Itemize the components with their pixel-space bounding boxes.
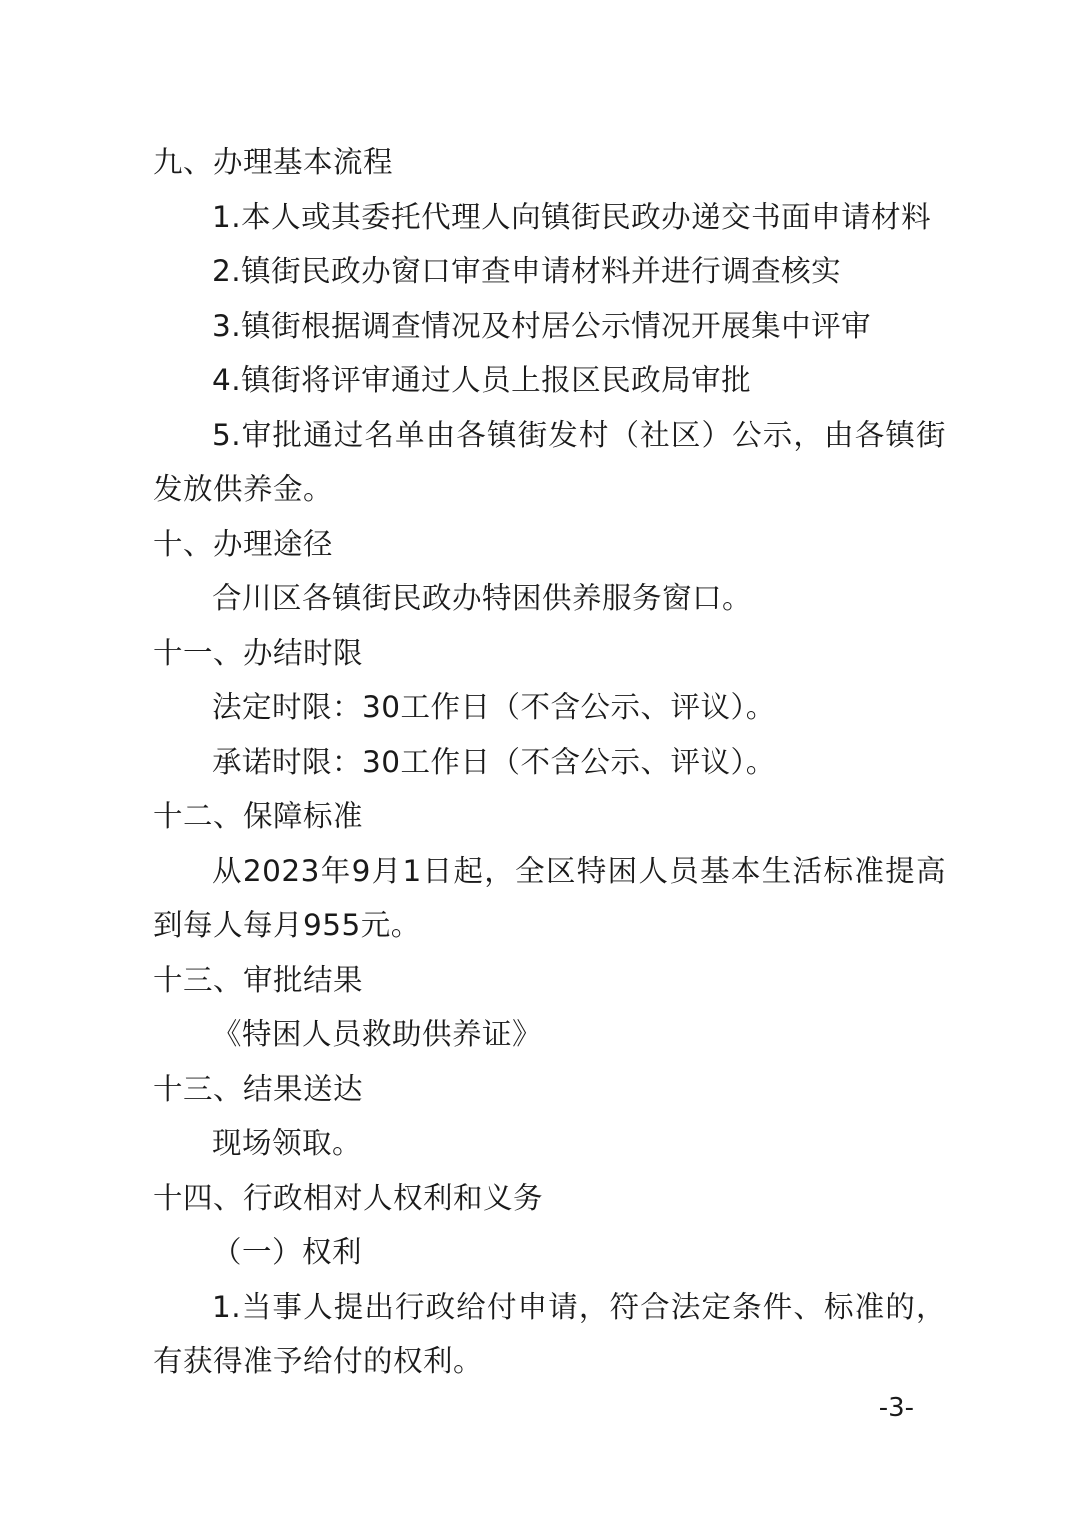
paragraph-statutory-limit: 法定时限：30工作日（不含公示、评议）。: [153, 680, 946, 735]
section-heading-time-limit: 十一、办结时限: [153, 626, 946, 681]
paragraph-onsite-pickup: 现场领取。: [153, 1116, 946, 1171]
paragraph-promised-limit: 承诺时限：30工作日（不含公示、评议）。: [153, 735, 946, 790]
section-heading-process: 九、办理基本流程: [153, 135, 946, 190]
process-step-4: 4.镇街将评审通过人员上报区民政局审批: [153, 353, 946, 408]
process-step-3: 3.镇街根据调查情况及村居公示情况开展集中评审: [153, 299, 946, 354]
section-heading-approval-result: 十三、审批结果: [153, 953, 946, 1008]
process-step-1: 1.本人或其委托代理人向镇街民政办递交书面申请材料: [153, 190, 946, 245]
page-footer: -3-: [879, 1393, 914, 1423]
subheading-rights: （一）权利: [153, 1225, 946, 1280]
paragraph-right-1: 1.当事人提出行政给付申请，符合法定条件、标准的，有获得准予给付的权利。: [153, 1280, 946, 1389]
paragraph-standard: 从2023年9月1日起，全区特困人员基本生活标准提高到每人每月955元。: [153, 844, 946, 953]
paragraph-channel: 合川区各镇街民政办特困供养服务窗口。: [153, 571, 946, 626]
process-step-5: 5.审批通过名单由各镇街发村（社区）公示，由各镇街发放供养金。: [153, 408, 946, 517]
document-body: 九、办理基本流程 1.本人或其委托代理人向镇街民政办递交书面申请材料 2.镇街民…: [153, 135, 946, 1389]
process-step-2: 2.镇街民政办窗口审查申请材料并进行调查核实: [153, 244, 946, 299]
page-number: -3-: [879, 1393, 914, 1423]
section-heading-result-delivery: 十三、结果送达: [153, 1062, 946, 1117]
section-heading-standard: 十二、保障标准: [153, 789, 946, 844]
section-heading-rights-obligations: 十四、行政相对人权利和义务: [153, 1171, 946, 1226]
paragraph-certificate: 《特困人员救助供养证》: [153, 1007, 946, 1062]
document-page: 九、办理基本流程 1.本人或其委托代理人向镇街民政办递交书面申请材料 2.镇街民…: [0, 0, 1074, 1518]
section-heading-channel: 十、办理途径: [153, 517, 946, 572]
